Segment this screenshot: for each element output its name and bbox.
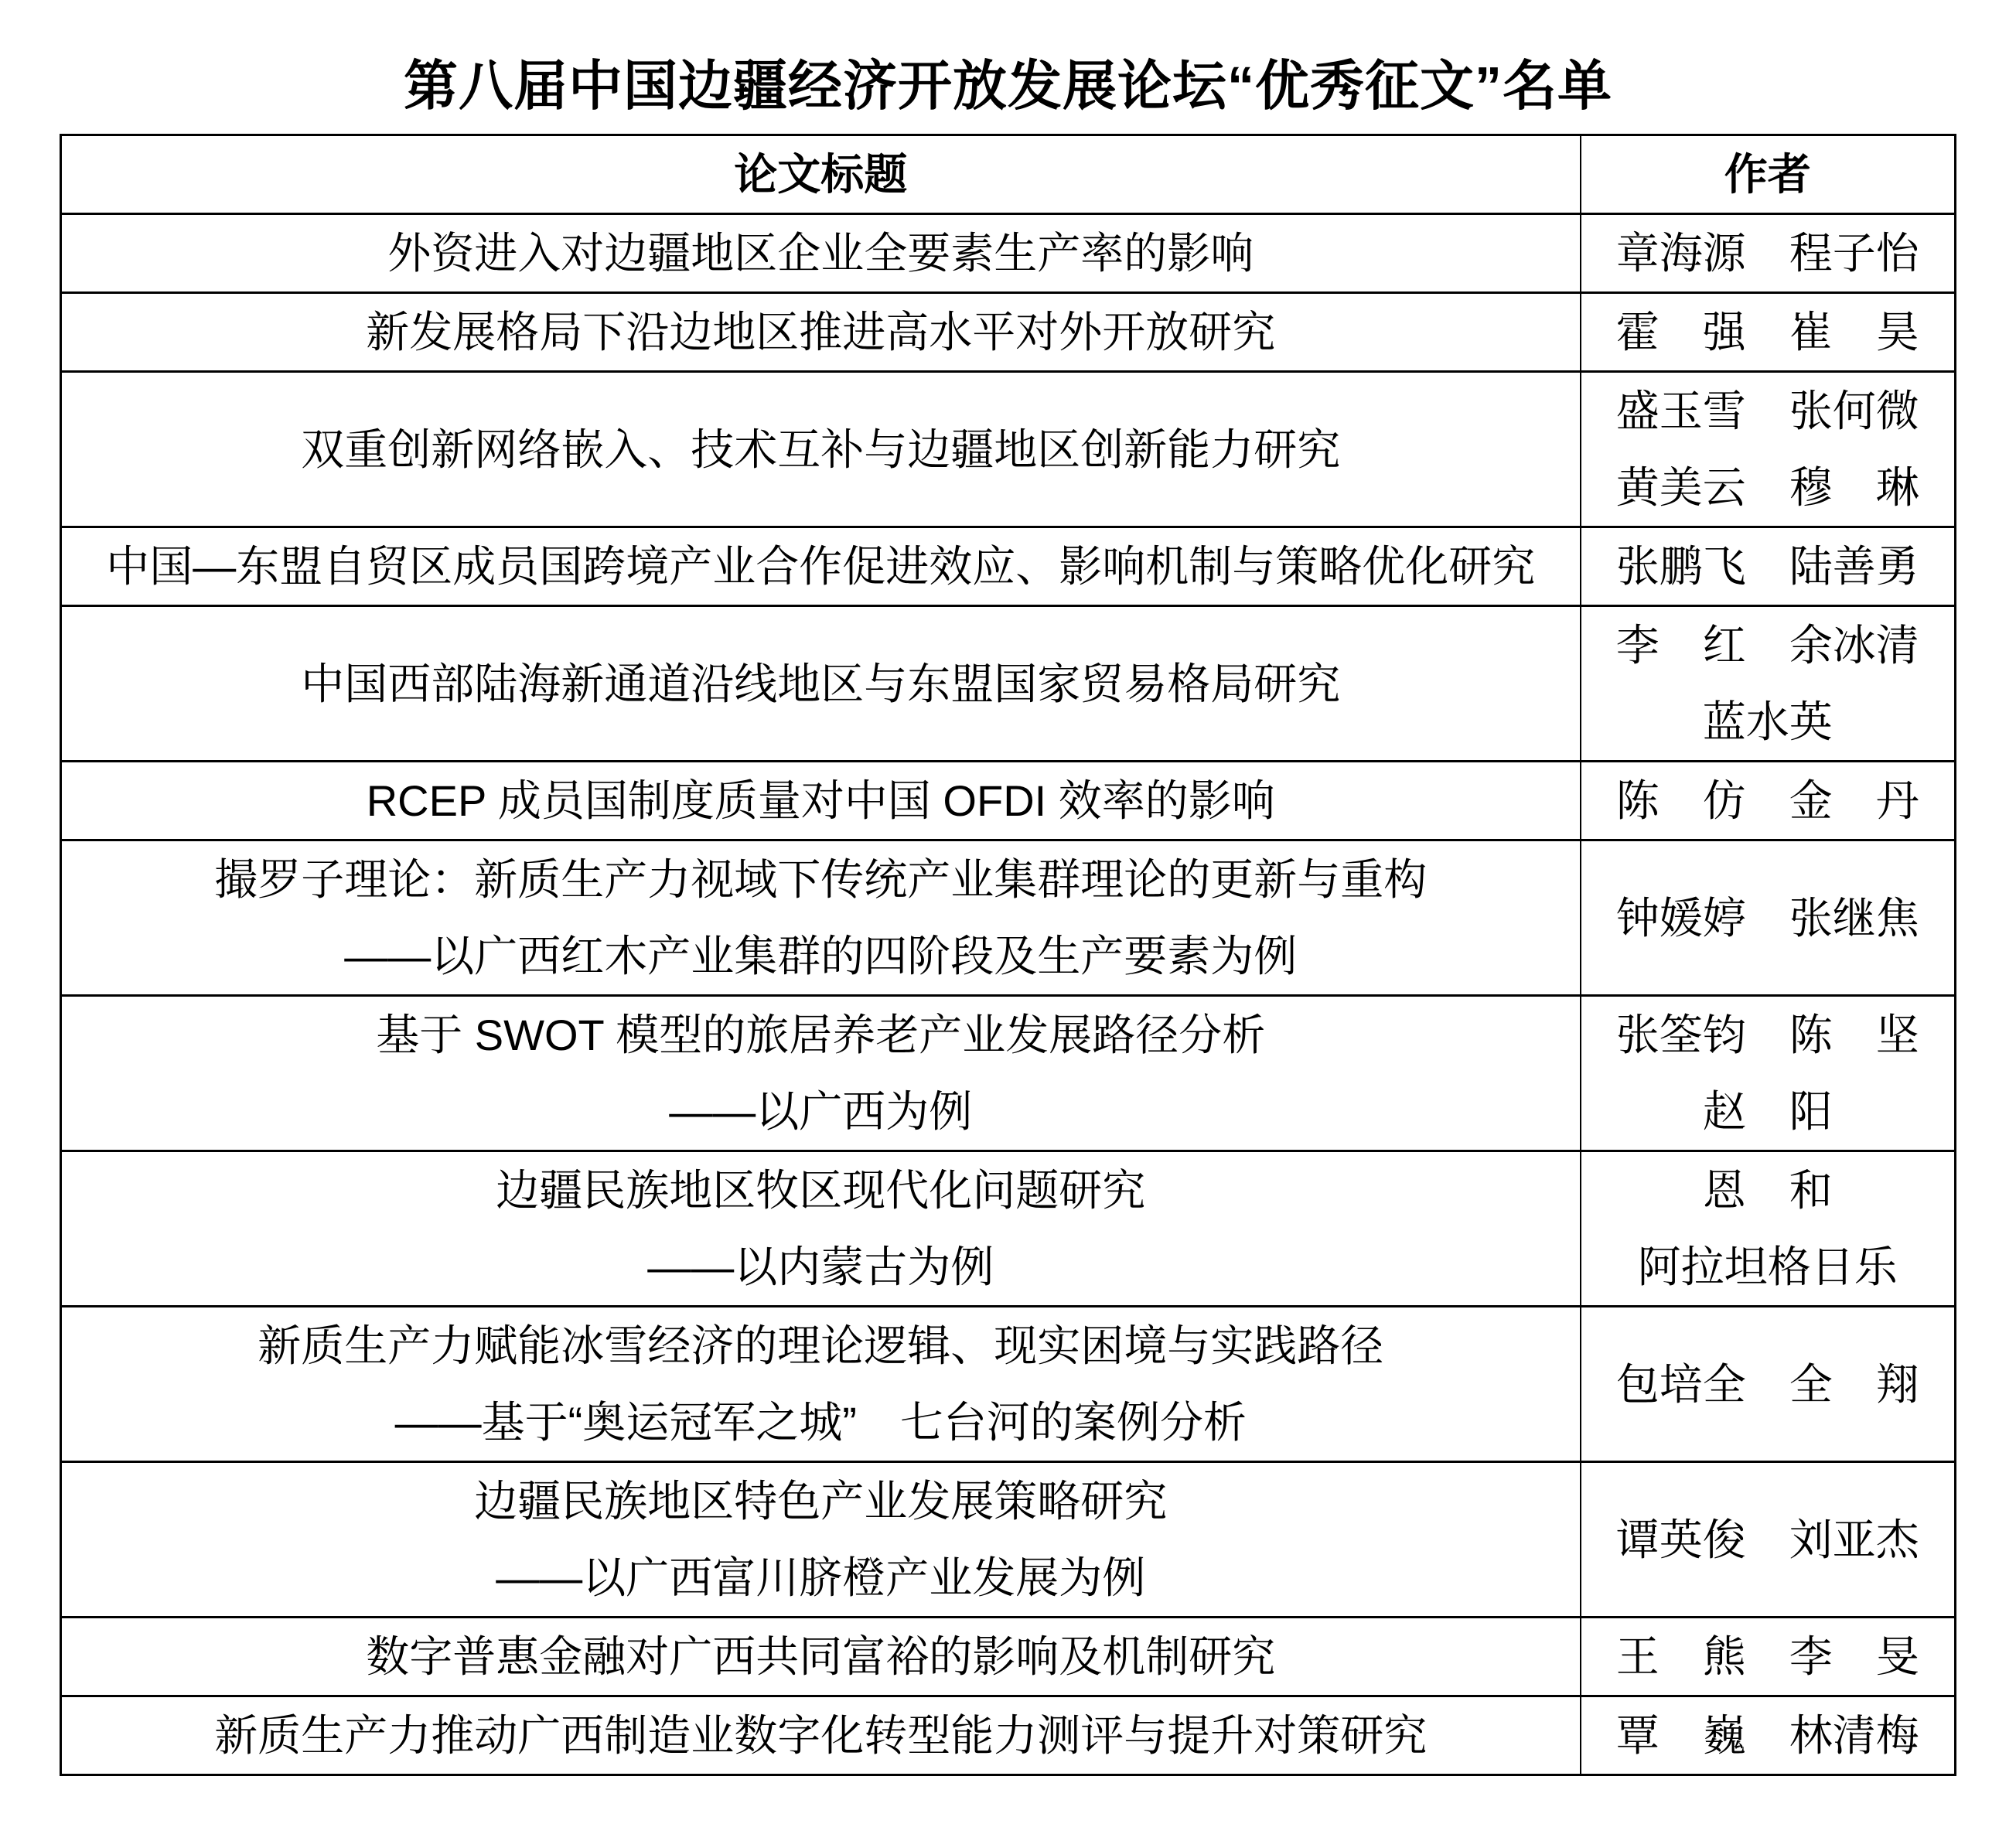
author-line: 张筌钧 陈 坚 [1581,997,1955,1073]
authors-cell: 王 熊 李 旻 [1581,1618,1956,1696]
authors-cell: 章海源 程子怡 [1581,214,1956,293]
paper-title-cell: 新质生产力赋能冰雪经济的理论逻辑、现实困境与实践路径——基于“奥运冠军之城” 七… [61,1307,1581,1462]
paper-title-line: ——基于“奥运冠军之城” 七台河的案例分析 [62,1384,1580,1461]
author-line: 包培全 全 翔 [1581,1346,1955,1423]
column-header-authors: 作者 [1581,135,1956,214]
author-line: 黄美云 穆 琳 [1581,449,1955,526]
table-row: RCEP 成员国制度质量对中国 OFDI 效率的影响陈 仿 金 丹 [61,762,1956,840]
paper-title-line: 外资进入对边疆地区企业全要素生产率的影响 [62,215,1580,291]
paper-title-cell: 新质生产力推动广西制造业数字化转型能力测评与提升对策研究 [61,1696,1581,1775]
paper-title-line: 中国西部陆海新通道沿线地区与东盟国家贸易格局研究 [62,646,1580,722]
paper-title-cell: RCEP 成员国制度质量对中国 OFDI 效率的影响 [61,762,1581,840]
paper-title-line: 双重创新网络嵌入、技术互补与边疆地区创新能力研究 [62,411,1580,488]
header-row: 论文标题 作者 [61,135,1956,214]
authors-cell: 盛玉雪 张何微黄美云 穆 琳 [1581,372,1956,527]
paper-title-cell: 新发展格局下沿边地区推进高水平对外开放研究 [61,293,1581,372]
authors-cell: 陈 仿 金 丹 [1581,762,1956,840]
authors-cell: 张筌钧 陈 坚赵 阳 [1581,996,1956,1151]
table-row: 新质生产力推动广西制造业数字化转型能力测评与提升对策研究覃 巍 林清梅 [61,1696,1956,1775]
table-row: 数字普惠金融对广西共同富裕的影响及机制研究王 熊 李 旻 [61,1618,1956,1696]
table-row: 中国西部陆海新通道沿线地区与东盟国家贸易格局研究李 红 余冰清蓝水英 [61,606,1956,762]
paper-title-line: ——以内蒙古为例 [62,1229,1580,1305]
table-row: 双重创新网络嵌入、技术互补与边疆地区创新能力研究盛玉雪 张何微黄美云 穆 琳 [61,372,1956,527]
paper-title-line: 基于 SWOT 模型的旅居养老产业发展路径分析 [62,997,1580,1073]
author-line: 霍 强 崔 昊 [1581,294,1955,370]
table-row: 中国—东盟自贸区成员国跨境产业合作促进效应、影响机制与策略优化研究张鹏飞 陆善勇 [61,527,1956,606]
author-line: 覃 巍 林清梅 [1581,1697,1955,1774]
paper-title-cell: 撮罗子理论：新质生产力视域下传统产业集群理论的更新与重构——以广西红木产业集群的… [61,840,1581,996]
paper-title-cell: 数字普惠金融对广西共同富裕的影响及机制研究 [61,1618,1581,1696]
table-row: 撮罗子理论：新质生产力视域下传统产业集群理论的更新与重构——以广西红木产业集群的… [61,840,1956,996]
paper-title-cell: 中国—东盟自贸区成员国跨境产业合作促进效应、影响机制与策略优化研究 [61,527,1581,606]
paper-title-line: RCEP 成员国制度质量对中国 OFDI 效率的影响 [62,762,1580,839]
author-line: 钟媛婷 张继焦 [1581,880,1955,956]
author-line: 张鹏飞 陆善勇 [1581,528,1955,605]
authors-cell: 霍 强 崔 昊 [1581,293,1956,372]
paper-title-cell: 边疆民族地区牧区现代化问题研究——以内蒙古为例 [61,1151,1581,1307]
author-line: 蓝水英 [1581,684,1955,760]
papers-table: 论文标题 作者 外资进入对边疆地区企业全要素生产率的影响章海源 程子怡新发展格局… [60,134,1956,1776]
author-line: 陈 仿 金 丹 [1581,762,1955,839]
paper-title-line: 边疆民族地区牧区现代化问题研究 [62,1152,1580,1229]
paper-title-line: 数字普惠金融对广西共同富裕的影响及机制研究 [62,1618,1580,1695]
page-title: 第八届中国边疆经济开放发展论坛“优秀征文”名单 [0,54,2016,118]
table-row: 边疆民族地区牧区现代化问题研究——以内蒙古为例恩 和阿拉坦格日乐 [61,1151,1956,1307]
table-body: 外资进入对边疆地区企业全要素生产率的影响章海源 程子怡新发展格局下沿边地区推进高… [61,214,1956,1775]
authors-cell: 包培全 全 翔 [1581,1307,1956,1462]
author-line: 恩 和 [1581,1152,1955,1229]
author-line: 阿拉坦格日乐 [1581,1229,1955,1305]
authors-cell: 谭英俊 刘亚杰 [1581,1462,1956,1618]
paper-title-line: 撮罗子理论：新质生产力视域下传统产业集群理论的更新与重构 [62,841,1580,918]
column-header-paper-title: 论文标题 [61,135,1581,214]
paper-title-cell: 外资进入对边疆地区企业全要素生产率的影响 [61,214,1581,293]
authors-cell: 张鹏飞 陆善勇 [1581,527,1956,606]
paper-title-line: 边疆民族地区特色产业发展策略研究 [62,1463,1580,1539]
author-line: 谭英俊 刘亚杰 [1581,1502,1955,1578]
table-row: 新发展格局下沿边地区推进高水平对外开放研究霍 强 崔 昊 [61,293,1956,372]
paper-title-line: ——以广西富川脐橙产业发展为例 [62,1539,1580,1616]
table-row: 新质生产力赋能冰雪经济的理论逻辑、现实困境与实践路径——基于“奥运冠军之城” 七… [61,1307,1956,1462]
authors-cell: 覃 巍 林清梅 [1581,1696,1956,1775]
table-row: 外资进入对边疆地区企业全要素生产率的影响章海源 程子怡 [61,214,1956,293]
authors-cell: 钟媛婷 张继焦 [1581,840,1956,996]
paper-title-line: 中国—东盟自贸区成员国跨境产业合作促进效应、影响机制与策略优化研究 [62,528,1580,605]
author-line: 赵 阳 [1581,1073,1955,1150]
paper-title-line: 新质生产力赋能冰雪经济的理论逻辑、现实困境与实践路径 [62,1307,1580,1384]
table-row: 基于 SWOT 模型的旅居养老产业发展路径分析——以广西为例张筌钧 陈 坚赵 阳 [61,996,1956,1151]
paper-title-cell: 中国西部陆海新通道沿线地区与东盟国家贸易格局研究 [61,606,1581,762]
author-line: 李 红 余冰清 [1581,607,1955,684]
paper-title-cell: 双重创新网络嵌入、技术互补与边疆地区创新能力研究 [61,372,1581,527]
authors-cell: 恩 和阿拉坦格日乐 [1581,1151,1956,1307]
author-line: 章海源 程子怡 [1581,215,1955,291]
paper-title-line: ——以广西为例 [62,1073,1580,1150]
authors-cell: 李 红 余冰清蓝水英 [1581,606,1956,762]
paper-title-cell: 基于 SWOT 模型的旅居养老产业发展路径分析——以广西为例 [61,996,1581,1151]
paper-title-line: ——以广西红木产业集群的四阶段及生产要素为例 [62,918,1580,994]
table-row: 边疆民族地区特色产业发展策略研究——以广西富川脐橙产业发展为例谭英俊 刘亚杰 [61,1462,1956,1618]
paper-title-line: 新质生产力推动广西制造业数字化转型能力测评与提升对策研究 [62,1697,1580,1774]
document-page: 第八届中国边疆经济开放发展论坛“优秀征文”名单 论文标题 作者 外资进入对边疆地… [0,0,2016,1841]
paper-title-line: 新发展格局下沿边地区推进高水平对外开放研究 [62,294,1580,370]
paper-title-cell: 边疆民族地区特色产业发展策略研究——以广西富川脐橙产业发展为例 [61,1462,1581,1618]
author-line: 盛玉雪 张何微 [1581,373,1955,449]
author-line: 王 熊 李 旻 [1581,1618,1955,1695]
